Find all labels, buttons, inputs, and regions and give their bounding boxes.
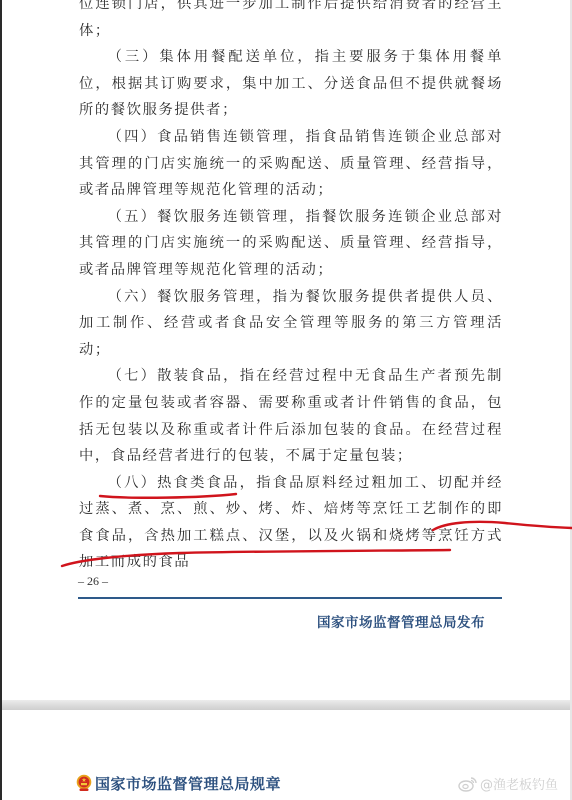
watermark-text: @渔老板钓鱼: [480, 774, 558, 793]
weibo-icon: [458, 776, 478, 792]
document-body: 位连锁门店，供其进一步加工制作后提供给消费者的经营主体； （三）集体用餐配送单位…: [79, 0, 503, 576]
paragraph-item-8: （八）热食类食品，指食品原料经过粗加工、切配并经过蒸、煮、烹、煎、炒、烤、炸、焙…: [79, 470, 503, 576]
paragraph-item-3: （三）集体用餐配送单位，指主要服务于集体用餐单位，根据其订购要求，集中加工、分送…: [79, 44, 503, 124]
footer-divider: [78, 597, 502, 599]
paragraph-item-6: （六）餐饮服务管理，指为餐饮服务提供者提供人员、加工制作、经营或者食品安全管理等…: [79, 284, 503, 364]
next-page-header: 国家市场监督管理总局规章: [95, 773, 281, 794]
national-emblem-icon: [76, 774, 92, 792]
page-separator: [2, 700, 570, 710]
publisher-footer: 国家市场监督管理总局发布: [317, 611, 485, 631]
paragraph-continuation: 位连锁门店，供其进一步加工制作后提供给消费者的经营主体；: [79, 0, 503, 44]
page-number: – 26 –: [78, 574, 108, 589]
watermark: @渔老板钓鱼: [458, 774, 558, 793]
paragraph-item-4: （四）食品销售连锁管理，指食品销售连锁企业总部对其管理的门店实施统一的采购配送、…: [79, 124, 503, 204]
paragraph-item-5: （五）餐饮服务连锁管理，指餐饮服务连锁企业总部对其管理的门店实施统一的采购配送、…: [79, 204, 503, 284]
paragraph-item-7: （七）散装食品，指在经营过程中无食品生产者预先制作的定量包装或者容器、需要称重或…: [79, 363, 503, 469]
